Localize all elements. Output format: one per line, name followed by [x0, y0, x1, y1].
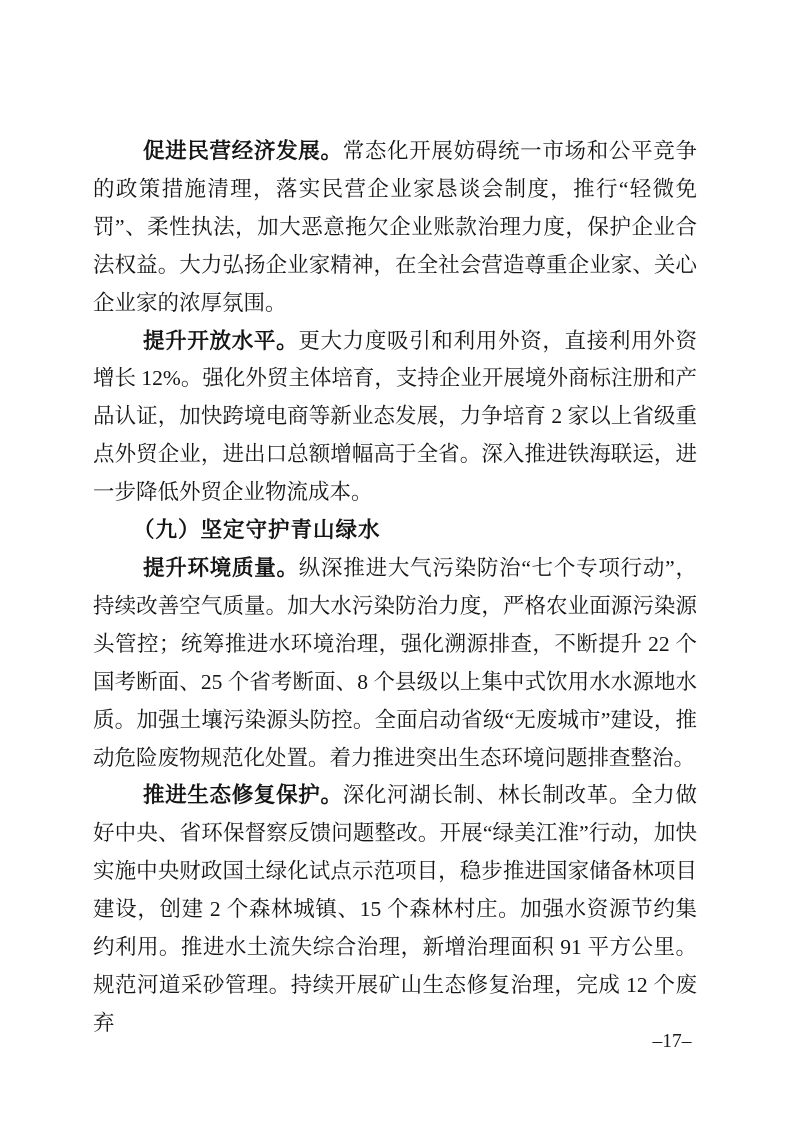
paragraph-text: 常态化开展妨碍统一市场和公平竞争的政策措施清理，落实民营企业家恳谈会制度，推行“…	[93, 139, 697, 315]
paragraph: 提升开放水平。更大力度吸引和利用外资，直接利用外资增长 12%。强化外贸主体培育…	[93, 323, 697, 513]
paragraph-lead: 促进民营经济发展。	[143, 139, 343, 163]
paragraph-text: 深化河湖长制、林长制改革。全力做好中央、省环保督察反馈问题整改。开展“绿美江淮”…	[93, 783, 697, 1034]
page-number: –17–	[640, 1031, 704, 1053]
paragraph: 提升环境质量。纵深推进大气污染防治“七个专项行动”，持续改善空气质量。加大水污染…	[93, 550, 697, 777]
paragraph-text: 更大力度吸引和利用外资，直接利用外资增长 12%。强化外贸主体培育，支持企业开展…	[93, 329, 697, 505]
paragraph-text: 纵深推进大气污染防治“七个专项行动”，持续改善空气质量。加大水污染防治力度，严格…	[93, 556, 697, 770]
document-body: 促进民营经济发展。常态化开展妨碍统一市场和公平竞争的政策措施清理，落实民营企业家…	[93, 133, 697, 1043]
paragraph-lead: 提升环境质量。	[143, 556, 299, 580]
paragraph-lead: 提升开放水平。	[143, 329, 298, 353]
paragraph: 推进生态修复保护。深化河湖长制、林长制改革。全力做好中央、省环保督察反馈问题整改…	[93, 777, 697, 1042]
paragraph: 促进民营经济发展。常态化开展妨碍统一市场和公平竞争的政策措施清理，落实民营企业家…	[93, 133, 697, 323]
section-heading: （九）坚定守护青山绿水	[93, 512, 697, 550]
document-page: 促进民营经济发展。常态化开展妨碍统一市场和公平竞争的政策措施清理，落实民营企业家…	[0, 0, 793, 1122]
paragraph-lead: 推进生态修复保护。	[143, 783, 343, 807]
